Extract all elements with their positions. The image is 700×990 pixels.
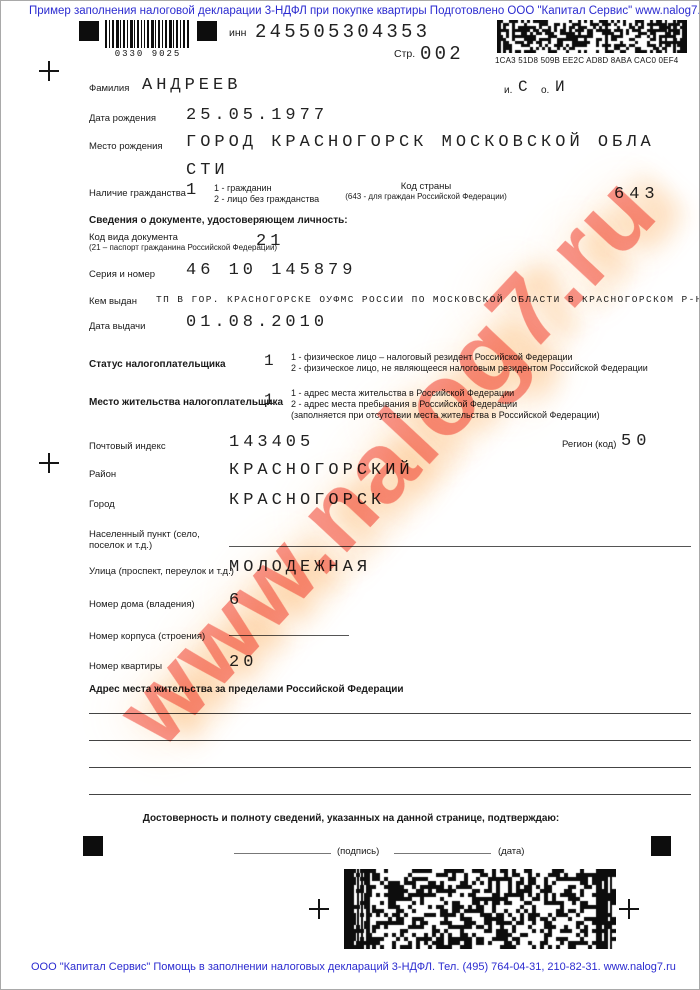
postal-code-label: Почтовый индекс — [89, 441, 166, 452]
barcode-number: 0330 9025 — [103, 49, 193, 59]
filler-square-icon — [79, 21, 99, 41]
birth-date-value: 25.05.1977 — [186, 106, 328, 125]
filler-square-icon — [83, 836, 103, 856]
apartment-number-label: Номер квартиры — [89, 661, 162, 672]
series-number-value: 46 10 145879 — [186, 261, 356, 280]
identity-doc-section-title: Сведения о документе, удостоверяющем лич… — [89, 215, 348, 226]
inn-label: инн — [229, 27, 246, 39]
surname-value: АНДРЕЕВ — [142, 76, 241, 95]
street-value: МОЛОДЕЖНАЯ — [229, 558, 371, 577]
first-initial-label: и. — [504, 85, 512, 96]
pdf417-barcode-icon — [344, 869, 616, 949]
building-number-label: Номер корпуса (строения) — [89, 631, 205, 642]
patronymic-initial-label: о. — [541, 85, 549, 96]
country-code-block: Код страны (643 - для граждан Российской… — [336, 181, 516, 201]
birth-place-value-line2: СТИ — [186, 161, 229, 180]
residence-option-2: 2 - адрес места пребывания в Российской … — [291, 399, 517, 410]
district-label: Район — [89, 469, 116, 480]
confirmation-statement: Достоверность и полноту сведений, указан… — [91, 813, 611, 824]
foreign-address-line-3 — [89, 767, 691, 768]
building-blank-line — [229, 635, 349, 636]
registration-mark-icon — [619, 899, 639, 919]
doc-code-label: Код вида документа — [89, 232, 178, 243]
doc-code-note: (21 – паспорт гражданина Российской Феде… — [89, 243, 277, 252]
inn-value: 245505304353 — [255, 21, 430, 43]
country-code-note: (643 - для граждан Российской Федерации) — [336, 192, 516, 201]
street-label: Улица (проспект, переулок и т.д.) — [89, 566, 234, 577]
region-code-value: 50 — [621, 432, 651, 451]
foreign-address-line-4 — [89, 794, 691, 795]
taxpayer-status-option-1: 1 - физическое лицо – налоговый резидент… — [291, 352, 573, 363]
citizenship-option-2: 2 - лицо без гражданства — [214, 194, 319, 205]
residence-label: Место жительства налогоплательщика — [89, 397, 283, 408]
citizenship-option-1: 1 - гражданин — [214, 183, 272, 194]
issued-by-label: Кем выдан — [89, 296, 137, 307]
city-value: КРАСНОГОРСК — [229, 491, 385, 510]
country-code-value: 643 — [614, 185, 660, 204]
issue-date-label: Дата выдачи — [89, 321, 145, 332]
page-number-value: 002 — [420, 43, 464, 65]
settlement-label: Населенный пункт (село, поселок и т.д.) — [89, 529, 214, 551]
surname-label: Фамилия — [89, 83, 129, 94]
district-value: КРАСНОГОРСКИЙ — [229, 461, 414, 480]
registration-mark-icon — [309, 899, 329, 919]
date-label: (дата) — [498, 846, 524, 857]
filler-square-icon — [197, 21, 217, 41]
issued-by-value: ТП В ГОР. КРАСНОГОРСКЕ ОУФМС РОССИИ ПО М… — [156, 294, 700, 305]
settlement-blank-line — [229, 546, 691, 547]
country-code-label: Код страны — [336, 181, 516, 192]
residence-option-1: 1 - адрес места жительства в Российской … — [291, 388, 514, 399]
promo-header: Пример заполнения налоговой декларации 3… — [29, 5, 700, 17]
birth-place-label: Место рождения — [89, 141, 163, 152]
signature-line — [234, 853, 331, 854]
residence-value: 1 — [264, 391, 278, 409]
datamatrix-barcode-icon — [497, 20, 687, 53]
foreign-address-line-2 — [89, 740, 691, 741]
birth-place-value-line1: ГОРОД КРАСНОГОРСК МОСКОВСКОЙ ОБЛА — [186, 133, 655, 152]
taxpayer-status-option-2: 2 - физическое лицо, не являющееся налог… — [291, 363, 648, 374]
datamatrix-caption: 1CA3 51D8 509B EE2C AD8D 8ABA CAC0 0EF4 — [495, 56, 678, 65]
page-number-label: Стр. — [394, 48, 415, 60]
filler-square-icon — [651, 836, 671, 856]
series-number-label: Серия и номер — [89, 269, 155, 280]
birth-date-label: Дата рождения — [89, 113, 156, 124]
foreign-address-line-1 — [89, 713, 691, 714]
tax-form-page: www.nalog7.ru Пример заполнения налогово… — [0, 0, 700, 990]
residence-option-3: (заполняется при отсутствии места житель… — [291, 410, 600, 421]
house-number-value: 6 — [229, 591, 243, 610]
patronymic-initial-value: И — [555, 78, 565, 96]
house-number-label: Номер дома (владения) — [89, 599, 195, 610]
taxpayer-status-value: 1 — [264, 352, 278, 370]
registration-mark-icon — [39, 61, 59, 81]
signature-label: (подпись) — [337, 846, 379, 857]
issue-date-value: 01.08.2010 — [186, 313, 328, 332]
promo-footer: ООО "Капитал Сервис" Помощь в заполнении… — [31, 961, 671, 973]
city-label: Город — [89, 499, 115, 510]
citizenship-label: Наличие гражданства — [89, 188, 186, 199]
citizenship-value: 1 — [186, 181, 200, 200]
registration-mark-icon — [39, 453, 59, 473]
taxpayer-status-label: Статус налогоплательщика — [89, 359, 226, 370]
region-code-label: Регион (код) — [562, 439, 616, 450]
foreign-address-label: Адрес места жительства за пределами Росс… — [89, 684, 404, 695]
date-line — [394, 853, 491, 854]
postal-code-value: 143405 — [229, 433, 314, 452]
page-barcode-icon — [103, 20, 193, 48]
doc-code-value: 21 — [256, 232, 284, 251]
apartment-number-value: 20 — [229, 653, 257, 672]
first-initial-value: С — [518, 78, 528, 96]
